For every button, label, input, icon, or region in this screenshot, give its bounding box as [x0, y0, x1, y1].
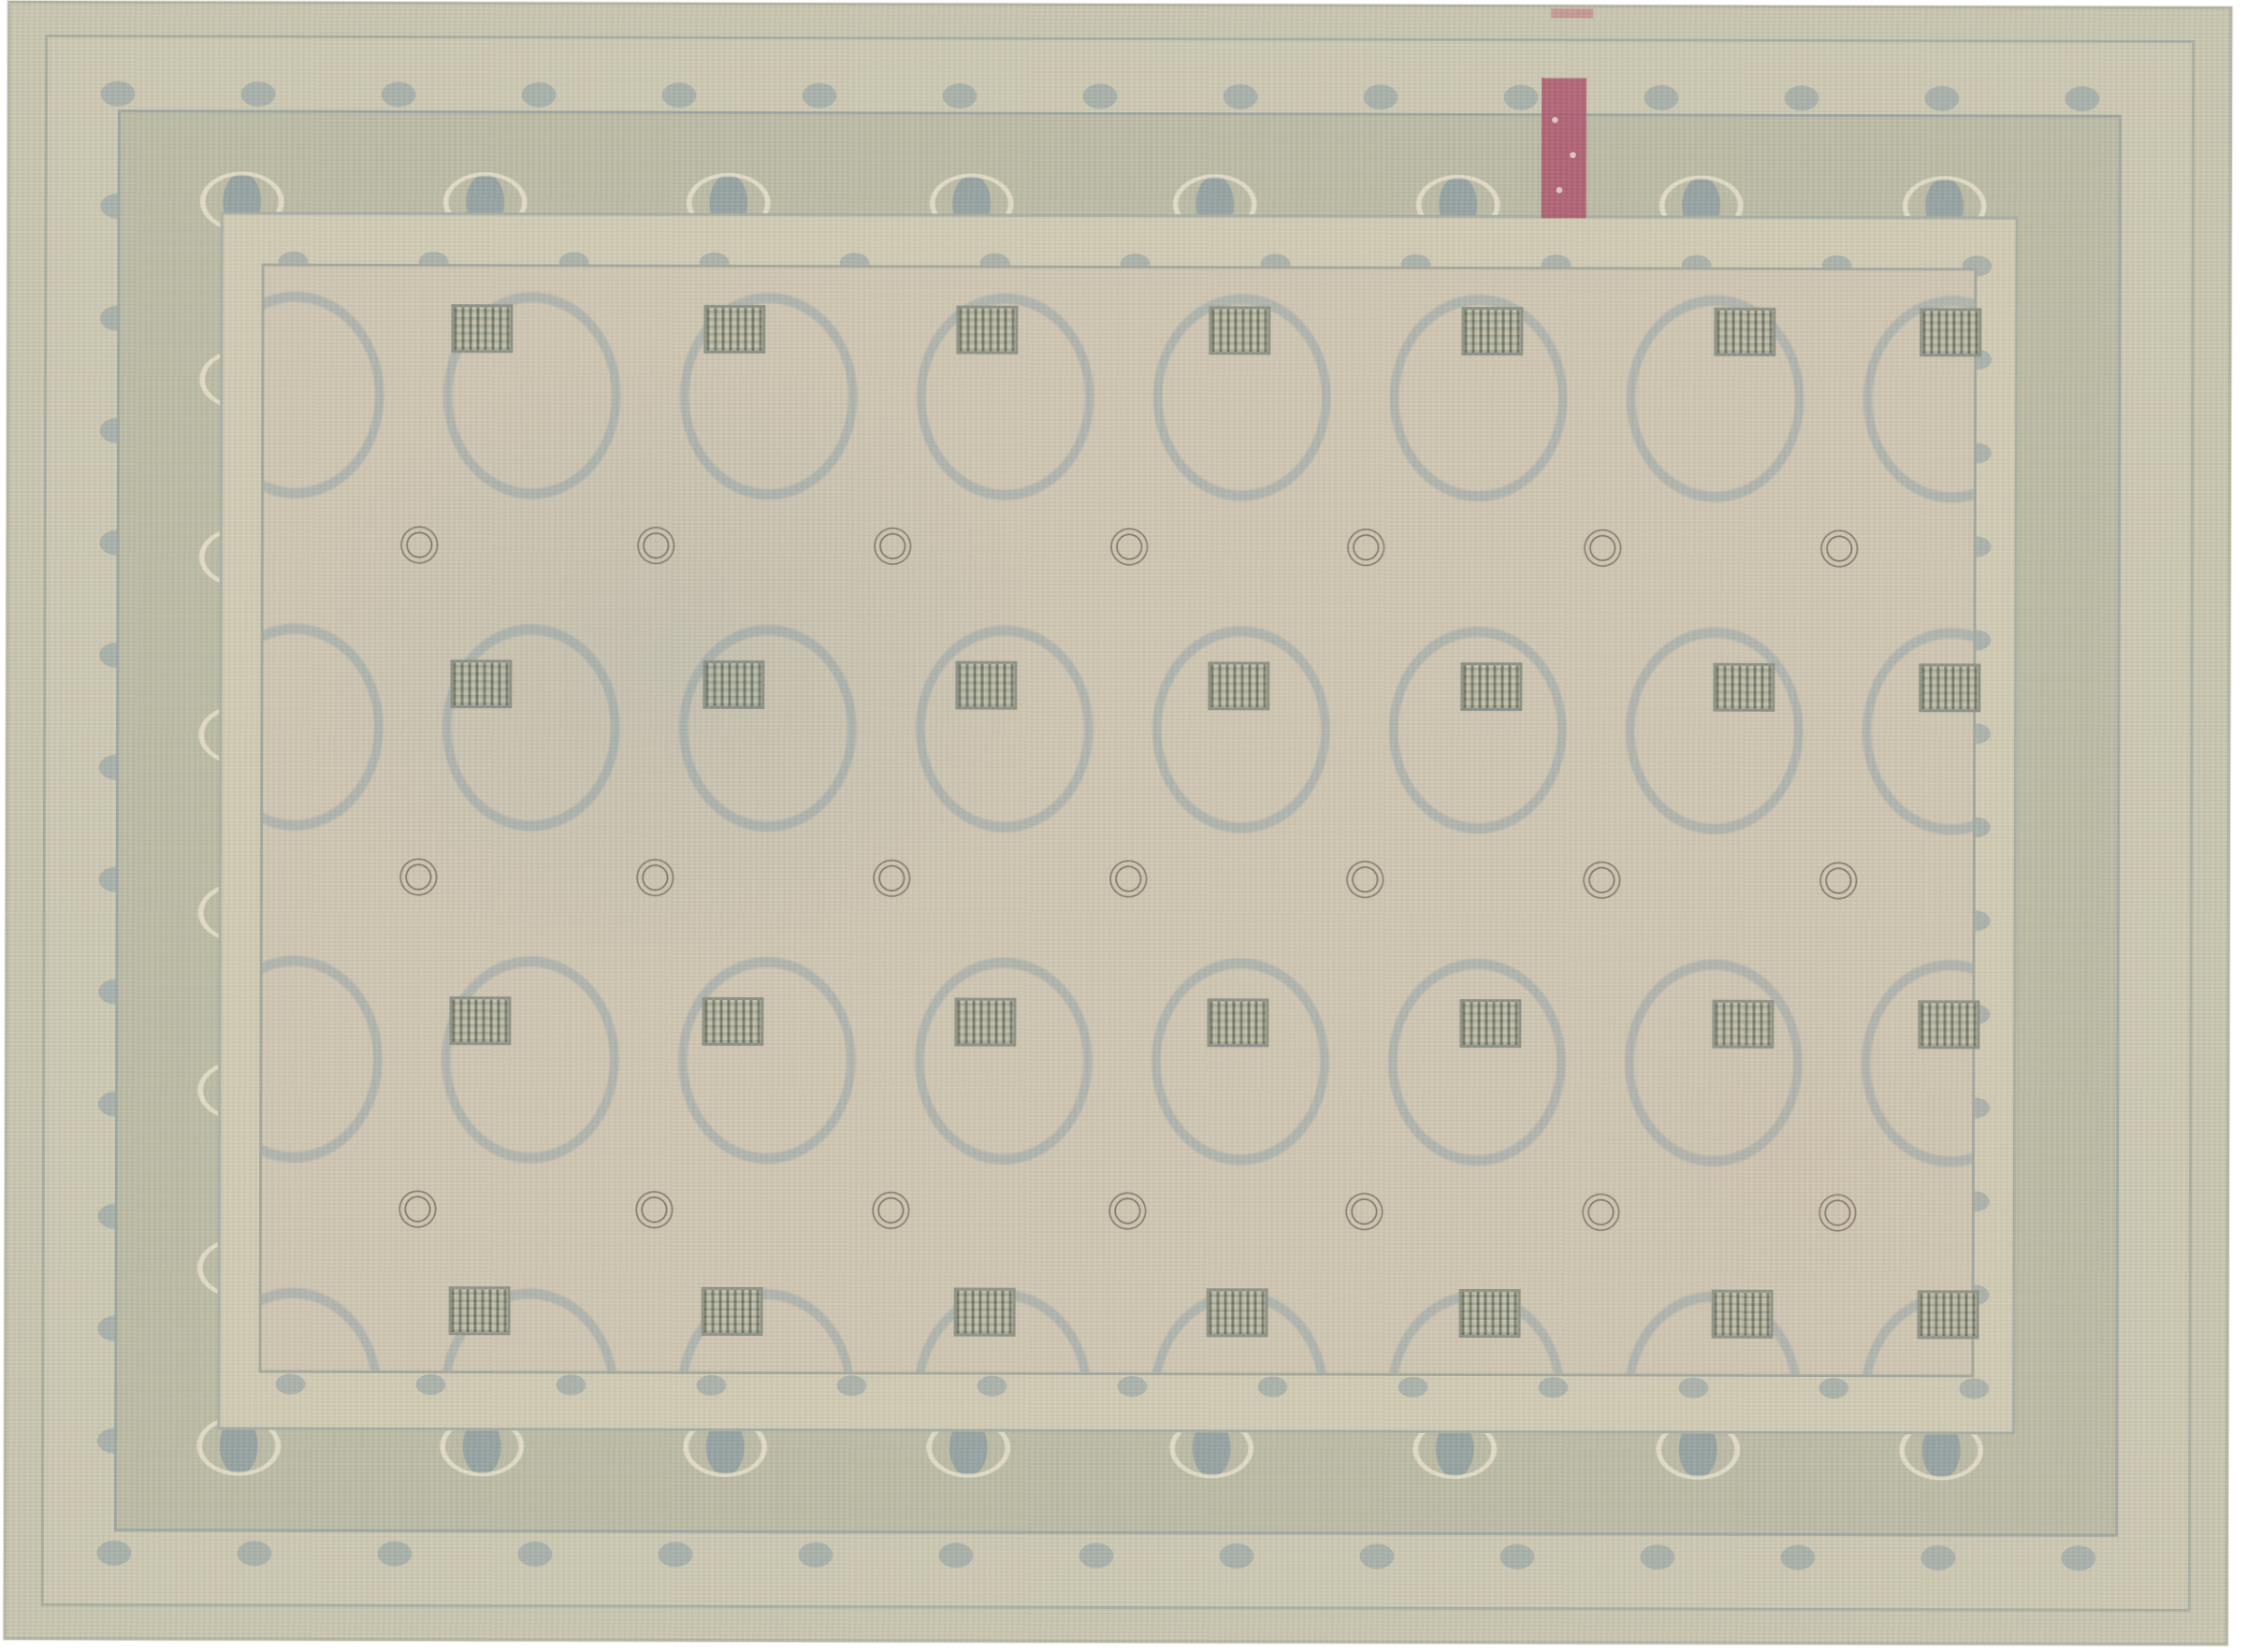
grid-motif [1209, 306, 1270, 355]
grid-motif [1918, 1000, 1979, 1049]
grid-motif [1713, 663, 1774, 712]
grid-motif [1459, 1289, 1521, 1338]
grid-motif [1919, 663, 1980, 712]
grid-motif [1459, 999, 1521, 1048]
grid-motif [450, 659, 512, 708]
grid-motif [955, 661, 1017, 710]
red-repair-patch [1542, 78, 1586, 218]
grid-motif [1918, 1290, 1979, 1339]
grid-motif [1461, 307, 1523, 355]
grid-motif [954, 998, 1016, 1047]
grid-motif [451, 304, 513, 353]
grid-motif [702, 997, 763, 1046]
rug-field [258, 264, 1977, 1378]
grid-motif [1919, 308, 1981, 356]
red-repair-mark [1551, 8, 1593, 18]
grid-motif [956, 306, 1018, 355]
grid-motif [1207, 1288, 1268, 1337]
rug [4, 1, 2233, 1645]
grid-motif [954, 1288, 1016, 1337]
grid-motif [1712, 1290, 1774, 1339]
grid-motif [449, 1286, 511, 1335]
grid-motif [1712, 1000, 1774, 1049]
grid-motif [703, 305, 765, 354]
grid-motif [1208, 661, 1269, 710]
grid-motif [702, 660, 764, 709]
grid-motif [449, 996, 511, 1045]
grid-motif [1460, 662, 1522, 711]
grid-motif [1207, 998, 1268, 1047]
grid-motif [702, 1287, 763, 1336]
grid-motif [1714, 308, 1775, 356]
